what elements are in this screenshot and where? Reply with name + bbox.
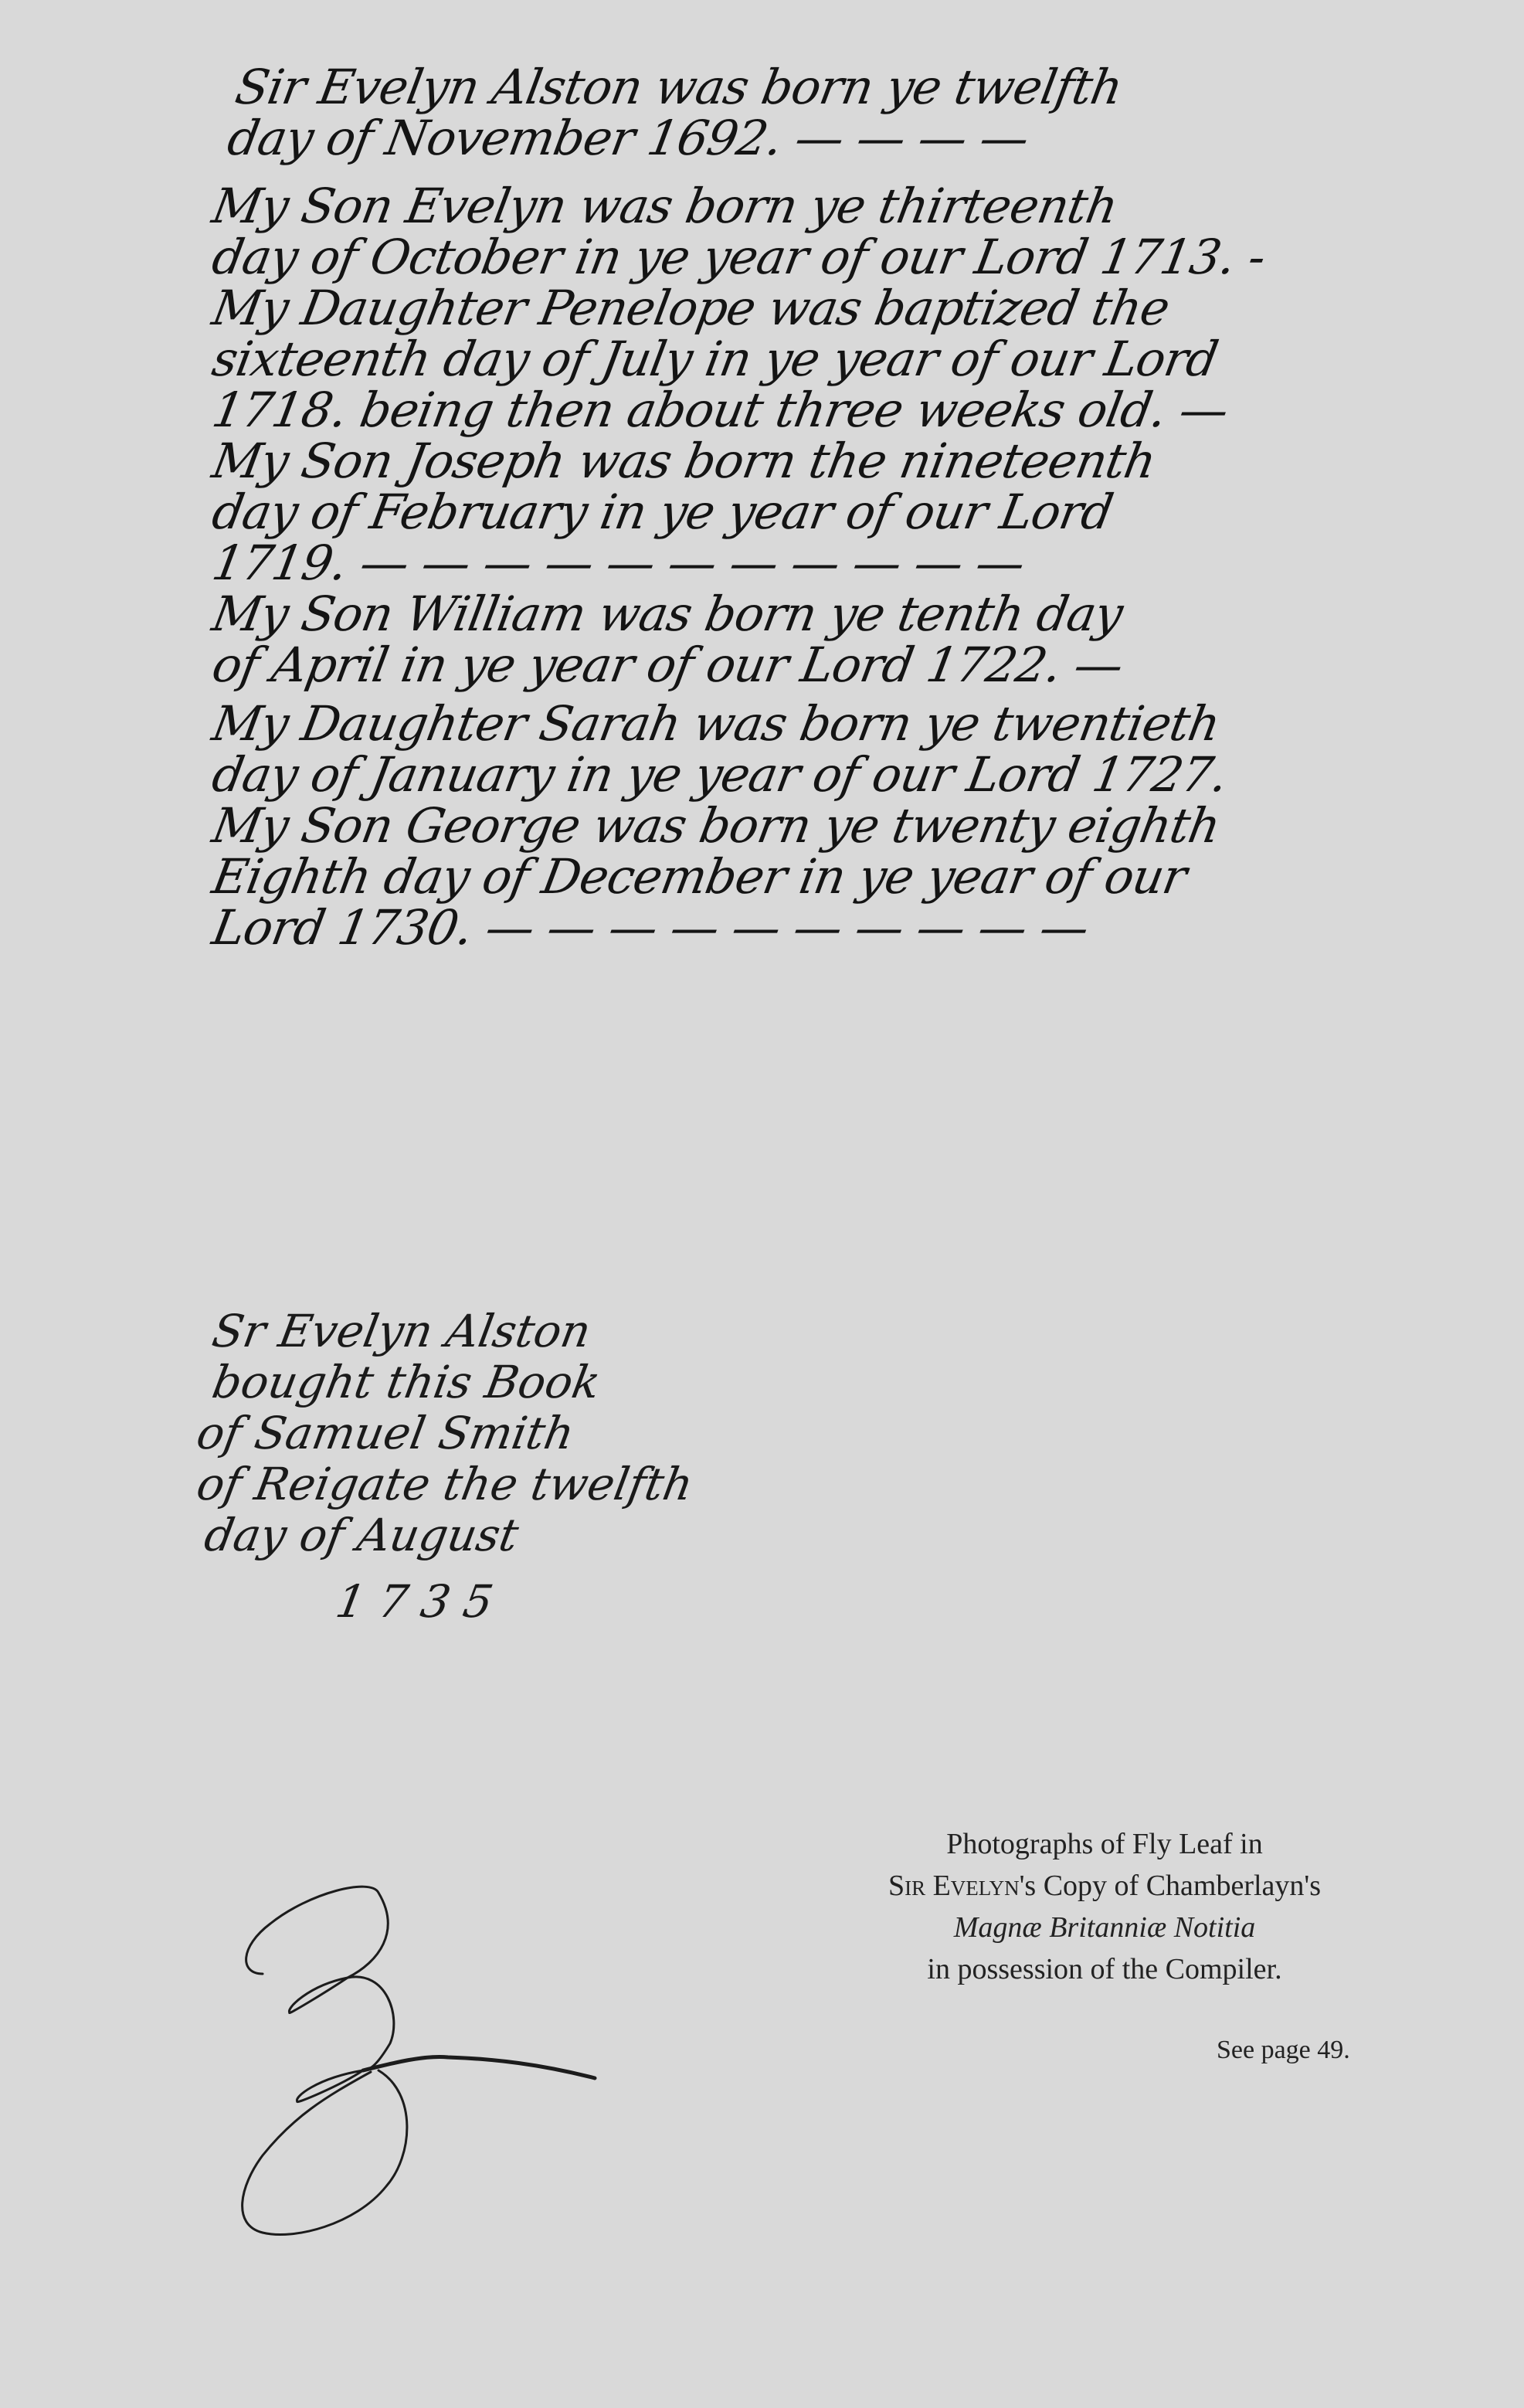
register-line: day of January in ye year of our Lord 17… [209, 749, 1268, 800]
caption-line-4: in possession of the Compiler. [772, 1948, 1437, 1990]
register-line: My Daughter Sarah was born ye twentieth [209, 698, 1268, 749]
register-line: day of October in ye year of our Lord 17… [209, 232, 1268, 283]
register-line: My Daughter Penelope was baptized the [209, 283, 1268, 334]
register-line: My Son Evelyn was born ye thirteenth [209, 181, 1268, 232]
page-reference: See page 49. [1217, 2036, 1350, 2065]
register-line: 1719. — — — — — — — — — — — [209, 538, 1268, 589]
note-line: of Reigate the twelfth [193, 1459, 867, 1510]
caption-line-1: Photographs of Fly Leaf in [772, 1823, 1437, 1865]
note-line: day of August [193, 1510, 867, 1561]
caption-owner-name: Sir Evelyn [888, 1870, 1020, 1902]
caption-line-2: Sir Evelyn's Copy of Chamberlayn's [772, 1865, 1437, 1907]
register-line: My Son George was born ye twenty eighth [209, 800, 1268, 851]
register-line: Sir Evelyn Alston was born ye twelfth [209, 62, 1268, 113]
caption-book-title: Magnæ Britanniæ Notitia [772, 1907, 1437, 1948]
handwritten-register: Sir Evelyn Alston was born ye twelfth da… [209, 62, 1259, 953]
register-line: day of November 1692. — — — — [209, 113, 1268, 164]
register-line: of April in ye year of our Lord 1722. — [209, 640, 1268, 691]
register-line: sixteenth day of July in ye year of our … [209, 334, 1268, 385]
note-line: bought this Book [193, 1357, 867, 1408]
register-line: Eighth day of December in ye year of our [209, 851, 1268, 902]
register-line: My Son William was born ye tenth day [209, 589, 1268, 640]
note-line: of Samuel Smith [193, 1408, 867, 1459]
purchase-note: Sr Evelyn Alston bought this Book of Sam… [193, 1306, 857, 1627]
register-line: 1718. being then about three weeks old. … [209, 385, 1268, 436]
register-line: Lord 1730. — — — — — — — — — — [209, 902, 1268, 953]
document-page: Sir Evelyn Alston was born ye twelfth da… [0, 0, 1524, 2408]
caption-line-2-rest: 's Copy of Chamberlayn's [1020, 1870, 1321, 1902]
register-line: My Son Joseph was born the nineteenth [209, 436, 1268, 487]
note-line: Sr Evelyn Alston [193, 1306, 867, 1357]
figure-caption: Photographs of Fly Leaf in Sir Evelyn's … [772, 1823, 1437, 1990]
register-line: day of February in ye year of our Lord [209, 487, 1268, 538]
note-year: 1735 [193, 1576, 867, 1627]
